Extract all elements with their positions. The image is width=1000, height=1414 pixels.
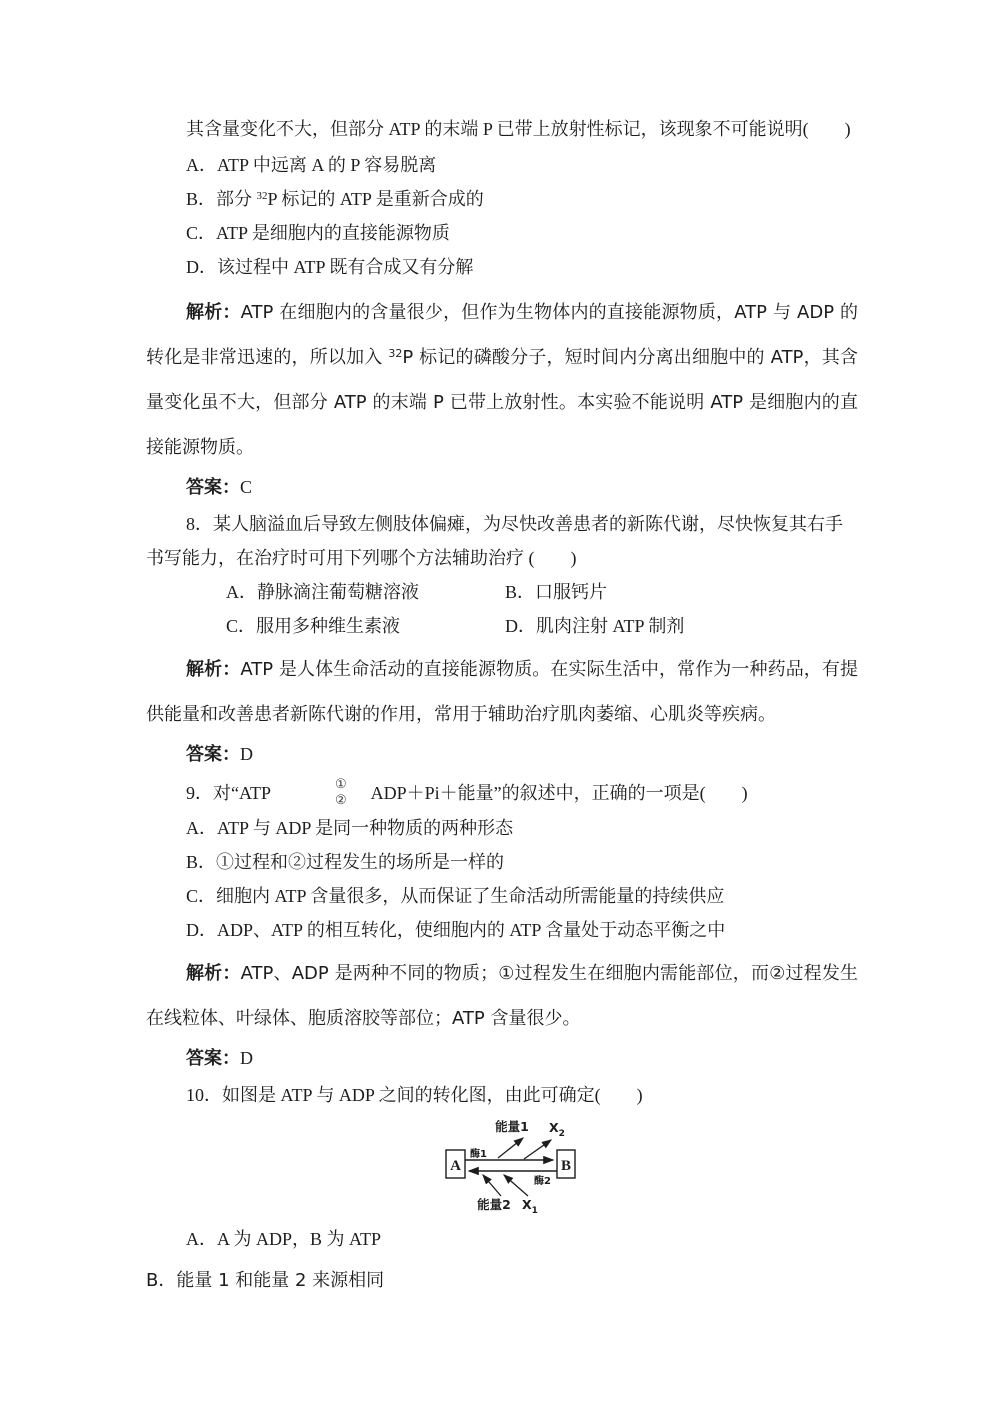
q8-stem: 8．某人脑溢血后导致左侧肢体偏瘫，为尽快改善患者的新陈代谢，尽快恢复其右手书写能…: [146, 507, 858, 575]
q8-option-d: D．肌肉注射 ATP 制剂: [505, 616, 684, 636]
q7-analysis-label: 解析：: [186, 302, 241, 323]
q9-options: A．ATP 与 ADP 是同一种物质的两种形态 B．①过程和②过程发生的场所是一…: [146, 811, 858, 947]
q9-stem-pre: 9．对“ATP: [186, 783, 271, 803]
q10-option-b: B．能量 1 和能量 2 来源相同: [146, 1264, 858, 1298]
q8-analysis: 解析：ATP 是人体生命活动的直接能源物质。在实际生活中，常作为一种药品，有提供…: [146, 647, 858, 737]
q8-option-a: A．静脉滴注葡萄糖溶液: [186, 575, 505, 609]
q7-answer-label: 答案：: [186, 477, 240, 498]
q7-option-b-pre: B．部分: [186, 189, 257, 209]
q9-option-b: B．①过程和②过程发生的场所是一样的: [146, 845, 858, 879]
x2-subscript: 2: [559, 1129, 565, 1139]
q9-process-1-icon: ①: [295, 776, 347, 792]
q7-option-c: C．ATP 是细胞内的直接能源物质: [146, 216, 858, 250]
q8-answer-label: 答案：: [186, 744, 240, 765]
q9-analysis-text: ATP、ADP 是两种不同的物质；①过程发生在细胞内需能部位，而②过程发生在线粒…: [146, 963, 858, 1029]
q9-option-c: C．细胞内 ATP 含量很多，从而保证了生命活动所需能量的持续供应: [146, 879, 858, 913]
q7-options: A．ATP 中远离 A 的 P 容易脱离 B．部分 32P 标记的 ATP 是重…: [146, 148, 858, 284]
arrow-from-energy2-icon: [483, 1175, 501, 1196]
document-page: 其含量变化不大，但部分 ATP 的末端 P 已带上放射性标记，该现象不可能说明(…: [0, 0, 1000, 1414]
q8-options-row-1: A．静脉滴注葡萄糖溶液B．口服钙片: [146, 575, 858, 609]
q9-analysis: 解析：ATP、ADP 是两种不同的物质；①过程发生在细胞内需能部位，而②过程发生…: [146, 951, 858, 1041]
q9-answer-label: 答案：: [186, 1048, 240, 1069]
x1-label: X1: [522, 1197, 538, 1214]
q7-option-b-post: P 标记的 ATP 是重新合成的: [268, 189, 484, 209]
q9-process-stack: ①②: [295, 776, 347, 808]
q9-stem-post: ADP＋Pi＋能量”的叙述中，正确的一项是( ): [371, 783, 748, 803]
x1-base: X: [522, 1197, 532, 1212]
q7-stem: 其含量变化不大，但部分 ATP 的末端 P 已带上放射性标记，该现象不可能说明(…: [146, 112, 858, 146]
x1-subscript: 1: [532, 1206, 538, 1214]
box-a-label: A: [450, 1158, 461, 1174]
q7-option-b-superscript: 32: [257, 190, 268, 202]
q10-option-a: A．A 为 ADP，B 为 ATP: [146, 1222, 858, 1256]
q8-answer: 答案：D: [146, 737, 858, 772]
q9-process-2-icon: ②: [295, 792, 347, 808]
q8-option-b: B．口服钙片: [505, 582, 607, 602]
box-b-label: B: [561, 1158, 571, 1174]
q8-option-c: C．服用多种维生素液: [186, 609, 505, 643]
arrow-from-x1-icon: [504, 1175, 528, 1196]
enzyme1-label: 酶1: [470, 1147, 487, 1160]
atp-adp-conversion-diagram: A B 酶1 酶2 能量1 X2 能量2 X1: [438, 1114, 590, 1214]
x2-label: X2: [549, 1120, 565, 1139]
q8-answer-letter: D: [240, 744, 253, 764]
q9-answer: 答案：D: [146, 1041, 858, 1076]
x2-base: X: [549, 1120, 559, 1135]
q10-diagram: A B 酶1 酶2 能量1 X2 能量2 X1: [438, 1114, 590, 1214]
q7-option-d: D．该过程中 ATP 既有合成又有分解: [146, 250, 858, 284]
q7-answer-letter: C: [240, 477, 252, 497]
q7-option-a: A．ATP 中远离 A 的 P 容易脱离: [146, 148, 858, 182]
q7-analysis-superscript: 32: [388, 347, 402, 360]
q9-answer-letter: D: [240, 1048, 253, 1068]
q8-analysis-label: 解析：: [186, 659, 240, 680]
q9-option-a: A．ATP 与 ADP 是同一种物质的两种形态: [146, 811, 858, 845]
q7-answer: 答案：C: [146, 470, 858, 505]
q9-stem: 9．对“ATP①②ADP＋Pi＋能量”的叙述中，正确的一项是( ): [146, 776, 858, 811]
enzyme2-label: 酶2: [534, 1174, 551, 1187]
q7-analysis: 解析：ATP 在细胞内的含量很少，但作为生物体内的直接能源物质，ATP 与 AD…: [146, 290, 858, 470]
energy2-label: 能量2: [477, 1197, 511, 1212]
q8-analysis-text: ATP 是人体生命活动的直接能源物质。在实际生活中，常作为一种药品，有提供能量和…: [146, 659, 858, 725]
document-content: 其含量变化不大，但部分 ATP 的末端 P 已带上放射性标记，该现象不可能说明(…: [146, 112, 858, 1298]
arrow-to-x2-icon: [524, 1140, 551, 1159]
arrow-to-energy1-icon: [498, 1138, 523, 1158]
q8-options: A．静脉滴注葡萄糖溶液B．口服钙片 C．服用多种维生素液D．肌肉注射 ATP 制…: [146, 575, 858, 643]
q7-option-b: B．部分 32P 标记的 ATP 是重新合成的: [146, 182, 858, 216]
energy1-label: 能量1: [495, 1119, 529, 1134]
q8-options-row-2: C．服用多种维生素液D．肌肉注射 ATP 制剂: [146, 609, 858, 643]
q10-stem: 10．如图是 ATP 与 ADP 之间的转化图，由此可确定( ): [146, 1078, 858, 1112]
q9-analysis-label: 解析：: [186, 963, 241, 984]
q9-option-d: D．ADP、ATP 的相互转化，使细胞内的 ATP 含量处于动态平衡之中: [146, 913, 858, 947]
